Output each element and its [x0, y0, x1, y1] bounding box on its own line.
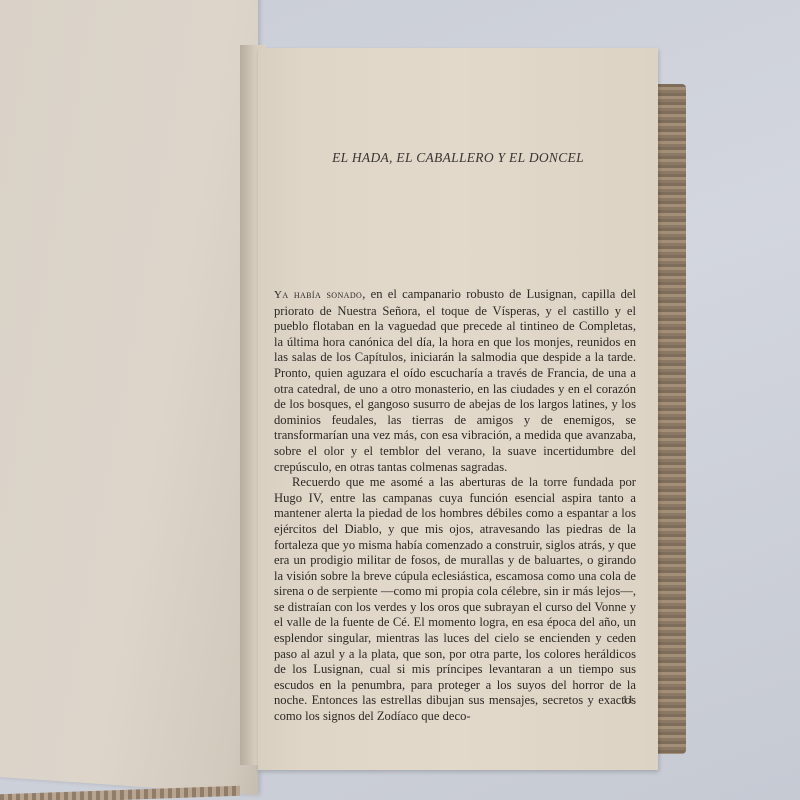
- page-stack-edge: [658, 84, 686, 754]
- paragraph-1-text: , en el campanario robusto de Lusignan, …: [274, 287, 636, 474]
- chapter-title: EL HADA, EL CABALLERO Y EL DONCEL: [258, 150, 658, 166]
- opening-smallcaps: Ya había sonado: [274, 289, 362, 301]
- page-number: 11: [622, 692, 634, 707]
- photo-scene: EL HADA, EL CABALLERO Y EL DONCEL Ya hab…: [0, 0, 800, 800]
- body-text: Ya había sonado, en el campanario robust…: [274, 287, 636, 725]
- left-blank-page: [0, 0, 258, 795]
- left-page-edge: [0, 786, 240, 800]
- paragraph-2: Recuerdo que me asomé a las aberturas de…: [274, 475, 636, 725]
- paragraph-1: Ya había sonado, en el campanario robust…: [274, 287, 636, 475]
